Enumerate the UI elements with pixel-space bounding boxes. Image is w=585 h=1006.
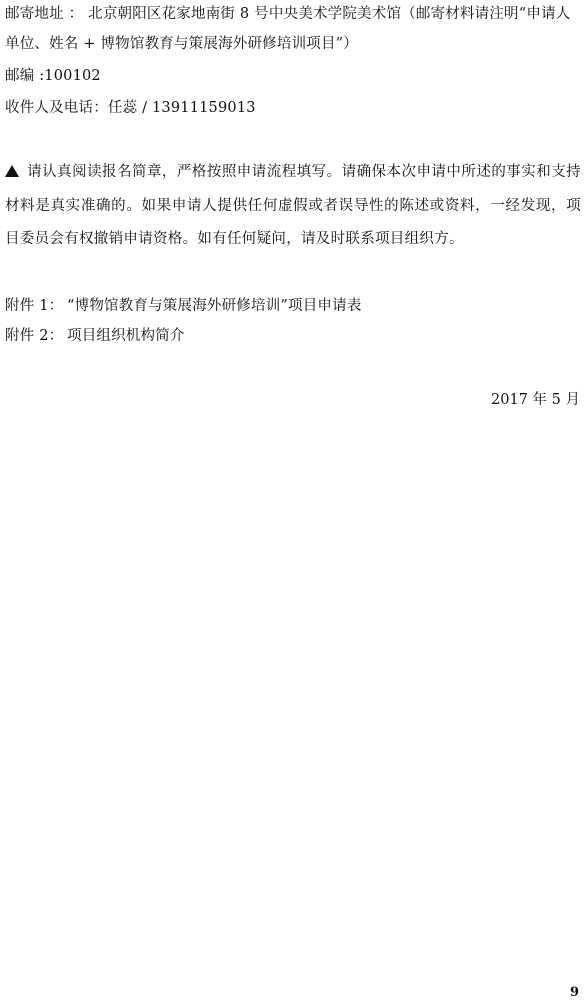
document-date: 2017 年 5 月 xyxy=(491,390,580,410)
attachment-2-label: 附件 2： xyxy=(5,326,67,346)
mailing-address-line-2: 单位、姓名 + 博物馆教育与策展海外研修培训项目”） xyxy=(5,34,581,54)
mailing-address-line-1: 邮寄地址 ： 北京朝阳区花家地南街 8 号中央美术学院美术馆（邮寄材料请注明“申… xyxy=(5,4,581,24)
recipient-contact: 收件人及电话：任蕊 / 13911159013 xyxy=(5,98,581,118)
notice-paragraph: 请认真阅读报名简章，严格按照申请流程填写。请确保本次申请中所述的事实和支持材料是… xyxy=(5,156,581,257)
attachment-1: 附件 1：“博物馆教育与策展海外研修培训”项目申请表 xyxy=(5,296,581,316)
attachment-2: 附件 2：项目组织机构简介 xyxy=(5,326,581,346)
postcode: 邮编 :100102 xyxy=(5,66,581,86)
attachment-1-title: “博物馆教育与策展海外研修培训”项目申请表 xyxy=(67,298,362,314)
notice-text: 请认真阅读报名简章，严格按照申请流程填写。请确保本次申请中所述的事实和支持材料是… xyxy=(5,164,581,247)
attachment-2-title: 项目组织机构简介 xyxy=(67,328,185,344)
page-number: 9 xyxy=(570,984,579,1002)
attachment-1-label: 附件 1： xyxy=(5,296,67,316)
warning-triangle-icon xyxy=(5,165,19,177)
